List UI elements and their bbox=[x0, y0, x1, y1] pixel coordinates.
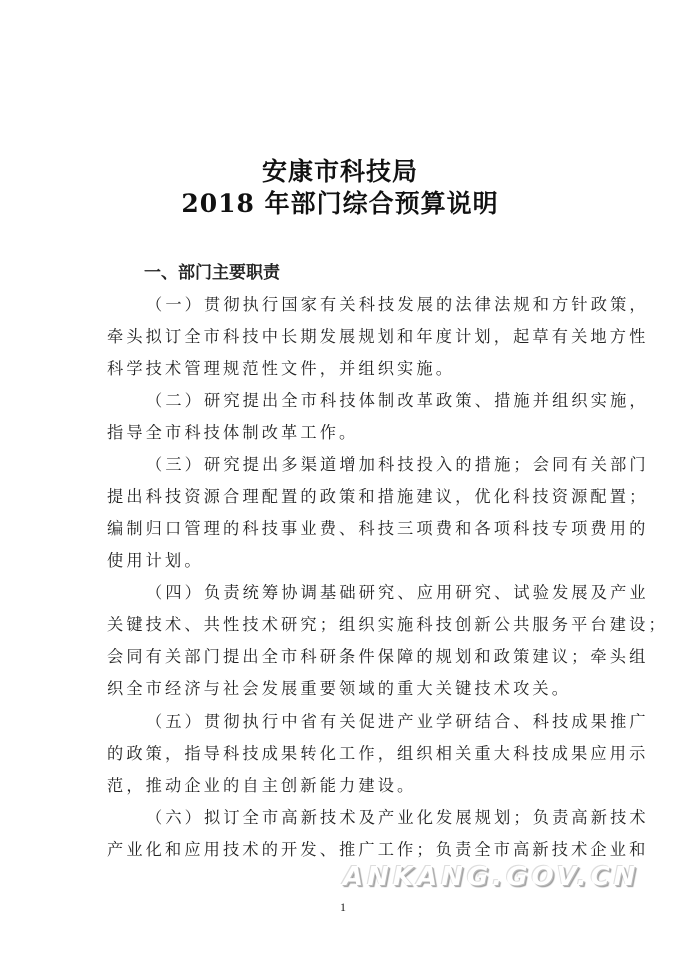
body-line: （一）贯彻执行国家有关科技发展的法律法规和方针政策， bbox=[146, 291, 649, 315]
body-line: （三）研究提出多渠道增加科技投入的措施；会同有关部门 bbox=[146, 451, 649, 475]
body-line: （二）研究提出全市科技体制改革政策、措施并组织实施， bbox=[146, 387, 649, 411]
body-line: （五）贯彻执行中省有关促进产业学研结合、科技成果推广 bbox=[146, 708, 649, 732]
body-line: 织全市经济与社会发展重要领域的重大关键技术攻关。 bbox=[107, 675, 571, 699]
body-line: 指导全市科技体制改革工作。 bbox=[107, 419, 358, 443]
page-number: 1 bbox=[340, 900, 346, 915]
body-line: 的政策，指导科技成果转化工作，组织相关重大科技成果应用示 bbox=[107, 740, 648, 764]
body-line: 编制归口管理的科技事业费、科技三项费和各项科技专项费用的 bbox=[107, 515, 648, 539]
body-line: 使用计划。 bbox=[107, 547, 204, 571]
document-subtitle: 2018 年部门综合预算说明 bbox=[0, 184, 680, 220]
body-line: 会同有关部门提出全市科研条件保障的规划和政策建议；牵头组 bbox=[107, 643, 648, 667]
body-line: 范，推动企业的自主创新能力建设。 bbox=[107, 772, 416, 796]
body-line: 关键技术、共性技术研究；组织实施科技创新公共服务平台建设； bbox=[107, 611, 668, 635]
body-line: 产业化和应用技术的开发、推广工作；负责全市高新技术企业和 bbox=[107, 836, 648, 860]
document-title: 安康市科技局 bbox=[0, 152, 680, 188]
body-line: （六）拟订全市高新技术及产业化发展规划；负责高新技术 bbox=[146, 804, 649, 828]
body-line: 牵头拟订全市科技中长期发展规划和年度计划，起草有关地方性 bbox=[107, 323, 648, 347]
section-heading: 一、部门主要职责 bbox=[144, 258, 280, 283]
body-line: 科学技术管理规范性文件，并组织实施。 bbox=[107, 355, 455, 379]
body-line: 提出科技资源合理配置的政策和措施建议，优化科技资源配置； bbox=[107, 483, 648, 507]
body-line: （四）负责统筹协调基础研究、应用研究、试验发展及产业 bbox=[146, 579, 649, 603]
site-watermark: ANKANG.GOV.CN bbox=[343, 862, 639, 892]
